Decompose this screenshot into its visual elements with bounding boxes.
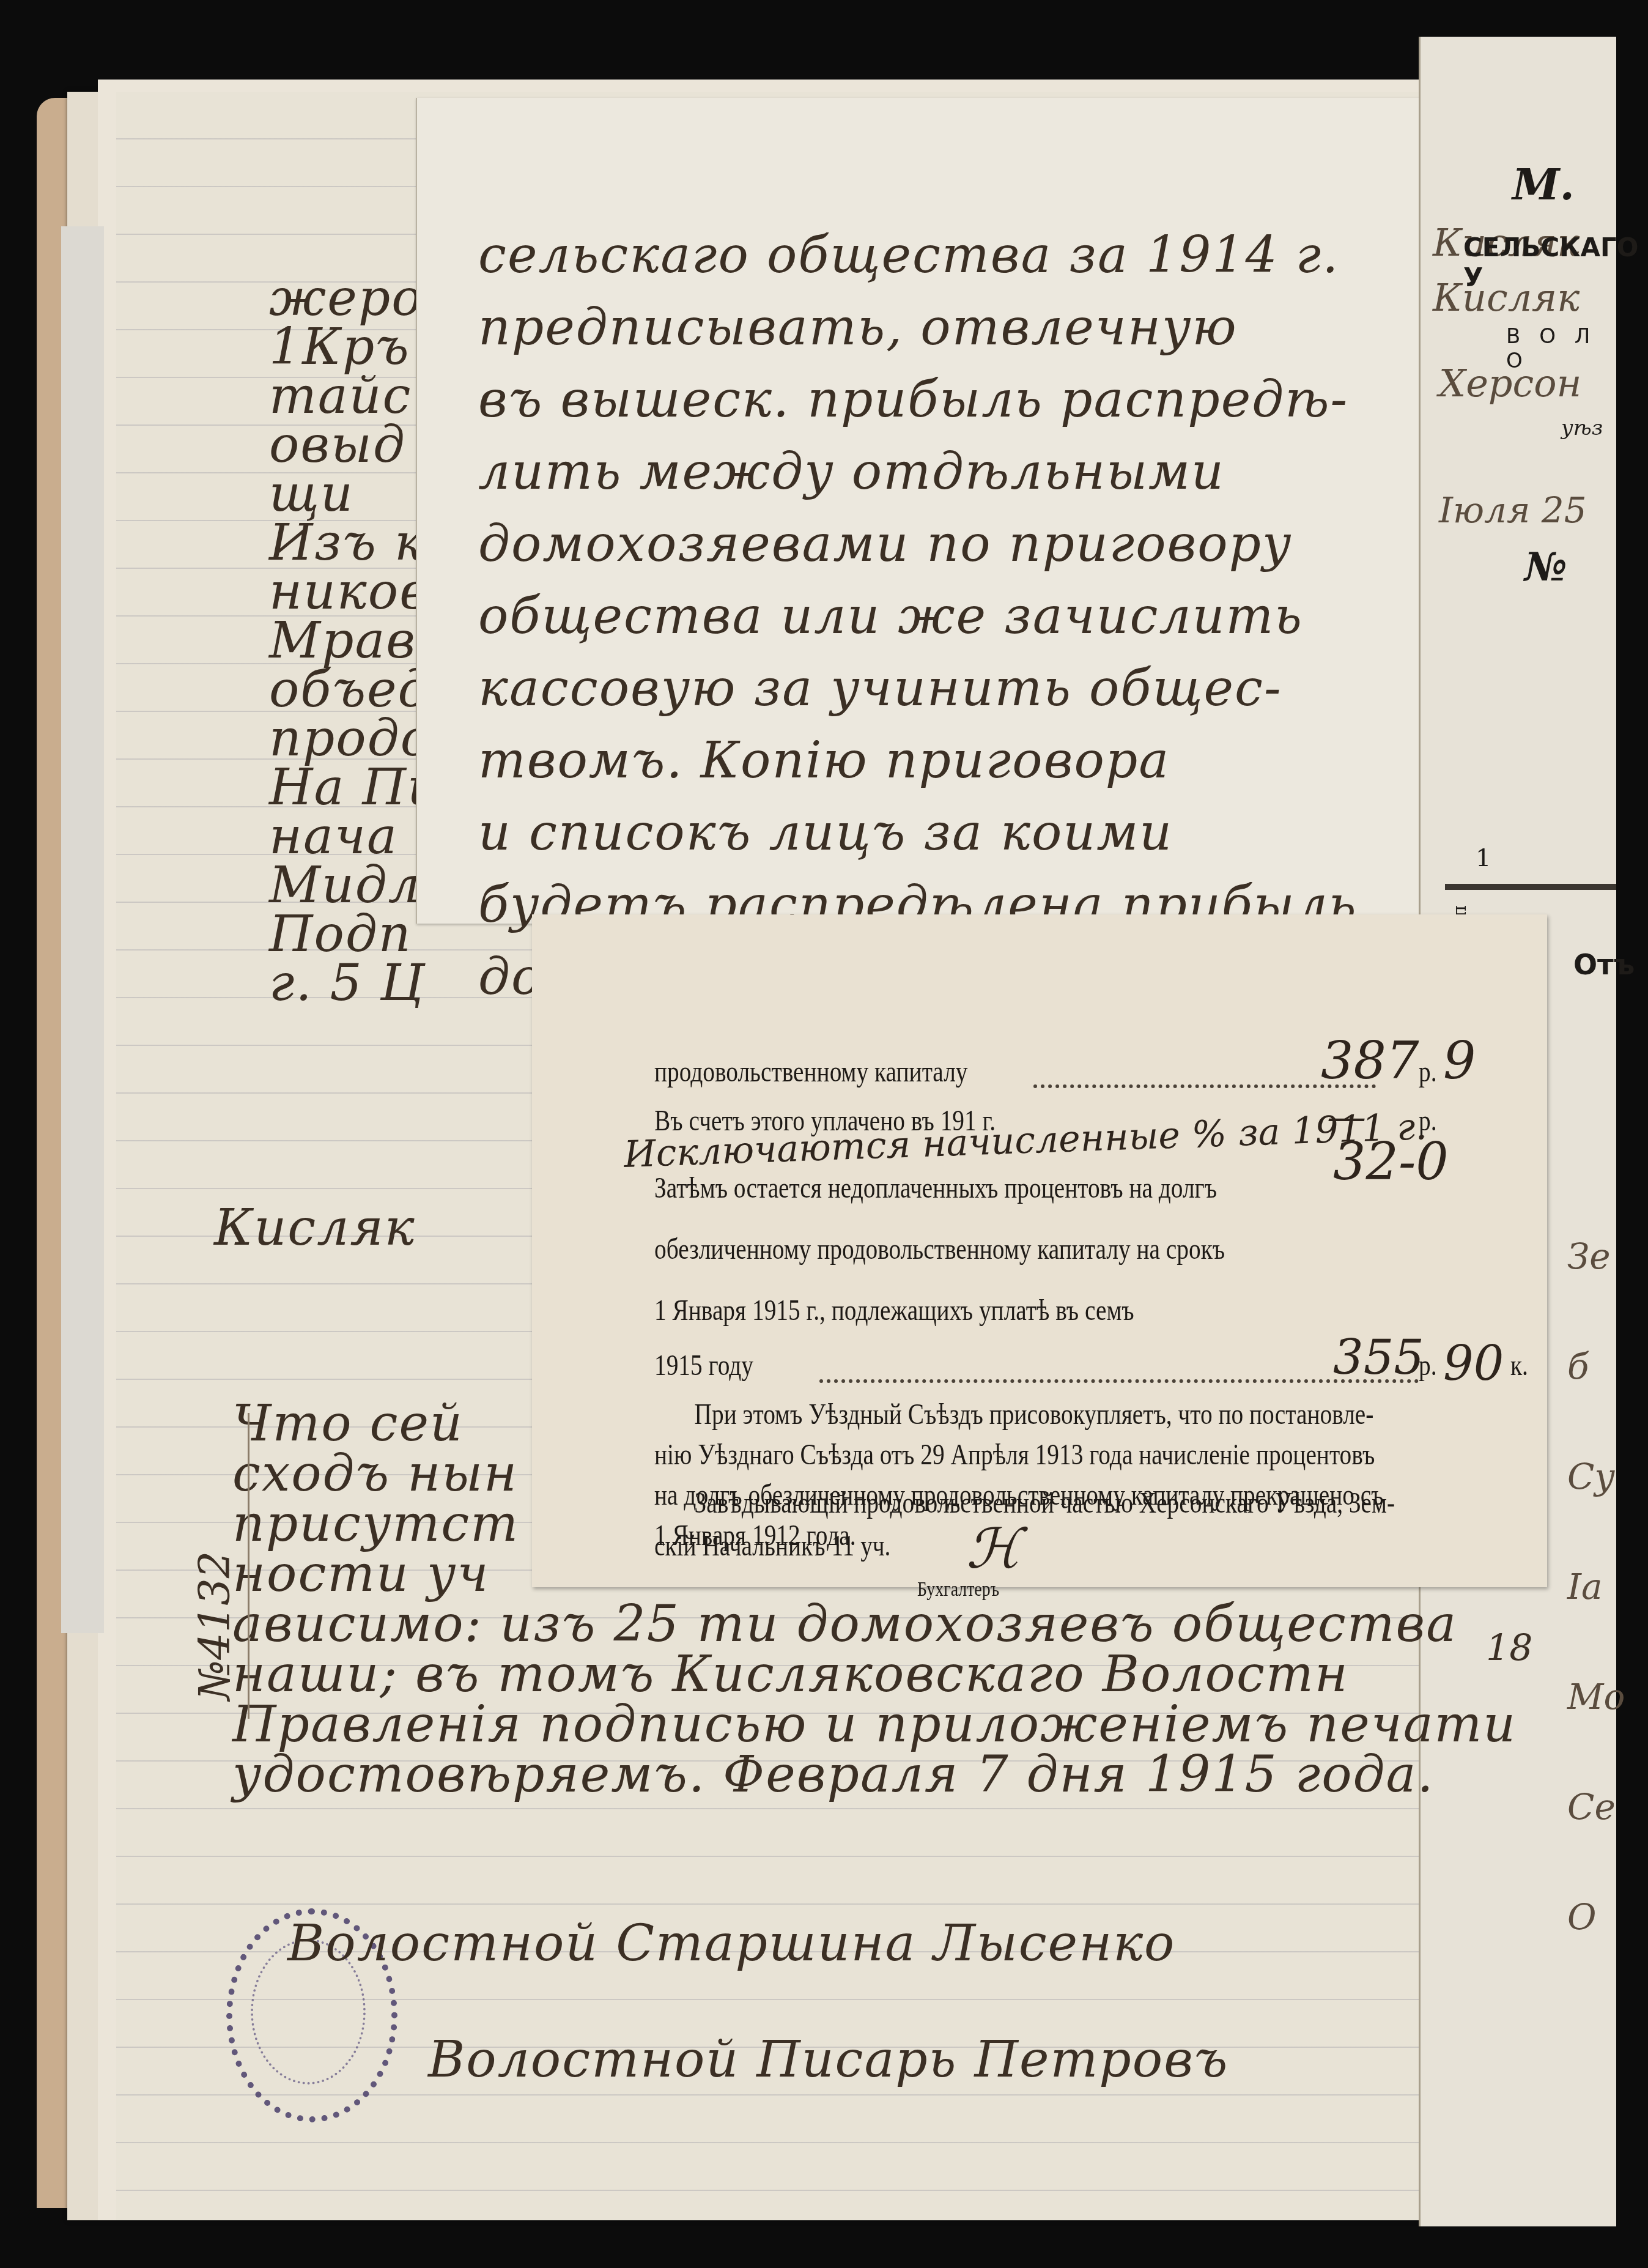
margin-number: 18 xyxy=(1486,1627,1532,1670)
top-line: предписывать, отвлечную xyxy=(478,298,1358,371)
form-side-fragments: Зе б Су Іа Мо Се О xyxy=(1567,1236,1625,2006)
slip-row-1-unit: р. xyxy=(1419,1055,1437,1089)
lower-line: сходъ нын xyxy=(232,1445,1517,1495)
slip-row-3-kopecks: 90 xyxy=(1443,1336,1504,1392)
slip-row-1-rubles: 387 xyxy=(1321,1031,1419,1091)
top-line: въ вышеск. прибыль распредѣ- xyxy=(478,371,1358,443)
top-handwritten-sheet: сельскаго общества за 1914 г. предписыва… xyxy=(416,98,1426,924)
form-heavy-rule xyxy=(1445,884,1616,890)
top-line: твомъ. Копію приговора xyxy=(478,732,1358,804)
side-fragment: О xyxy=(1567,1896,1625,2006)
side-fragment: Су xyxy=(1567,1456,1625,1566)
lower-line: ности уч xyxy=(232,1545,1517,1595)
top-line: лить между отдѣльными xyxy=(478,443,1358,515)
lower-resolution-text: Что сей сходъ нын присутст ности уч авис… xyxy=(232,1395,1517,1796)
top-line: домохозяевами по приговору xyxy=(478,515,1358,587)
lower-line: наши; въ томъ Кисляковскаго Волостн xyxy=(232,1645,1517,1695)
slip-row-3-unit: р. xyxy=(1419,1349,1437,1382)
top-line: кассовую за учинить общес- xyxy=(478,659,1358,732)
signature-pisar: Волостной Писарь Петровъ xyxy=(428,2031,1229,2089)
form-handwritten-volost: Кисляк xyxy=(1433,275,1580,320)
left-line: г. 5 Ц xyxy=(269,954,453,1003)
form-ot-label: Отъ xyxy=(1573,948,1635,981)
slip-para1-line: 1 Января 1915 г., подлежащихъ уплатѣ въ … xyxy=(654,1294,1225,1355)
top-sheet-text: сельскаго общества за 1914 г. предписыва… xyxy=(478,226,1358,1020)
slip-row-3-leader xyxy=(819,1379,1419,1383)
form-uezd-label: уѣз xyxy=(1561,416,1603,440)
side-fragment: б xyxy=(1567,1346,1625,1456)
lower-line: присутст xyxy=(232,1495,1517,1545)
form-handwritten-date: Іюля 25 xyxy=(1439,489,1587,531)
left-margin-rule xyxy=(248,1413,249,1719)
left-footer-line: Кисляк xyxy=(214,1199,416,1257)
slip-paragraph-1: Затѣмъ остается недоплаченныхъ процентов… xyxy=(654,1171,1350,1355)
slip-para1-line: Затѣмъ остается недоплаченныхъ процентов… xyxy=(654,1171,1225,1232)
lower-line: Что сей xyxy=(232,1395,1517,1445)
lower-line: удостовѣряемъ. Февраля 7 дня 1915 года. xyxy=(232,1746,1517,1796)
top-line: общества или же зачислить xyxy=(478,587,1358,659)
slip-row-3-unit2: к. xyxy=(1510,1349,1528,1382)
side-fragment: Зе xyxy=(1567,1236,1625,1346)
slip-row-3-rubles: 355 xyxy=(1333,1330,1424,1385)
form-column-number: 1 xyxy=(1476,844,1491,872)
slip-handwritten-amount: 32-0 xyxy=(1333,1132,1449,1191)
slip-row-3-label: 1915 году xyxy=(654,1349,753,1382)
form-handwritten-uezd: Херсон xyxy=(1439,361,1581,406)
side-fragment: Се xyxy=(1567,1786,1625,1896)
lower-line: ависимо: изъ 25 ти домохозяевъ общества xyxy=(232,1595,1517,1645)
signature-starshina: Волостной Старшина Лысенко xyxy=(287,1914,1176,1973)
side-fragment: Іа xyxy=(1567,1566,1625,1676)
side-fragment: Мо xyxy=(1567,1676,1625,1786)
form-number-label: № xyxy=(1524,544,1567,590)
slip-row-1-label: продовольственному капиталу xyxy=(654,1055,967,1089)
slip-row-1-kopecks: 9 xyxy=(1443,1031,1476,1091)
form-m-label: М. xyxy=(1512,159,1575,210)
margin-vertical-note: №4132 xyxy=(190,1551,240,1700)
top-line: сельскаго общества за 1914 г. xyxy=(478,226,1358,298)
grey-paper-strip xyxy=(61,226,104,1633)
slip-para1-line: обезличенному продовольственному капитал… xyxy=(654,1232,1225,1294)
top-line: и списокъ лицъ за коими xyxy=(478,804,1358,876)
lower-line: Правленія подписью и приложеніемъ печати xyxy=(232,1695,1517,1746)
